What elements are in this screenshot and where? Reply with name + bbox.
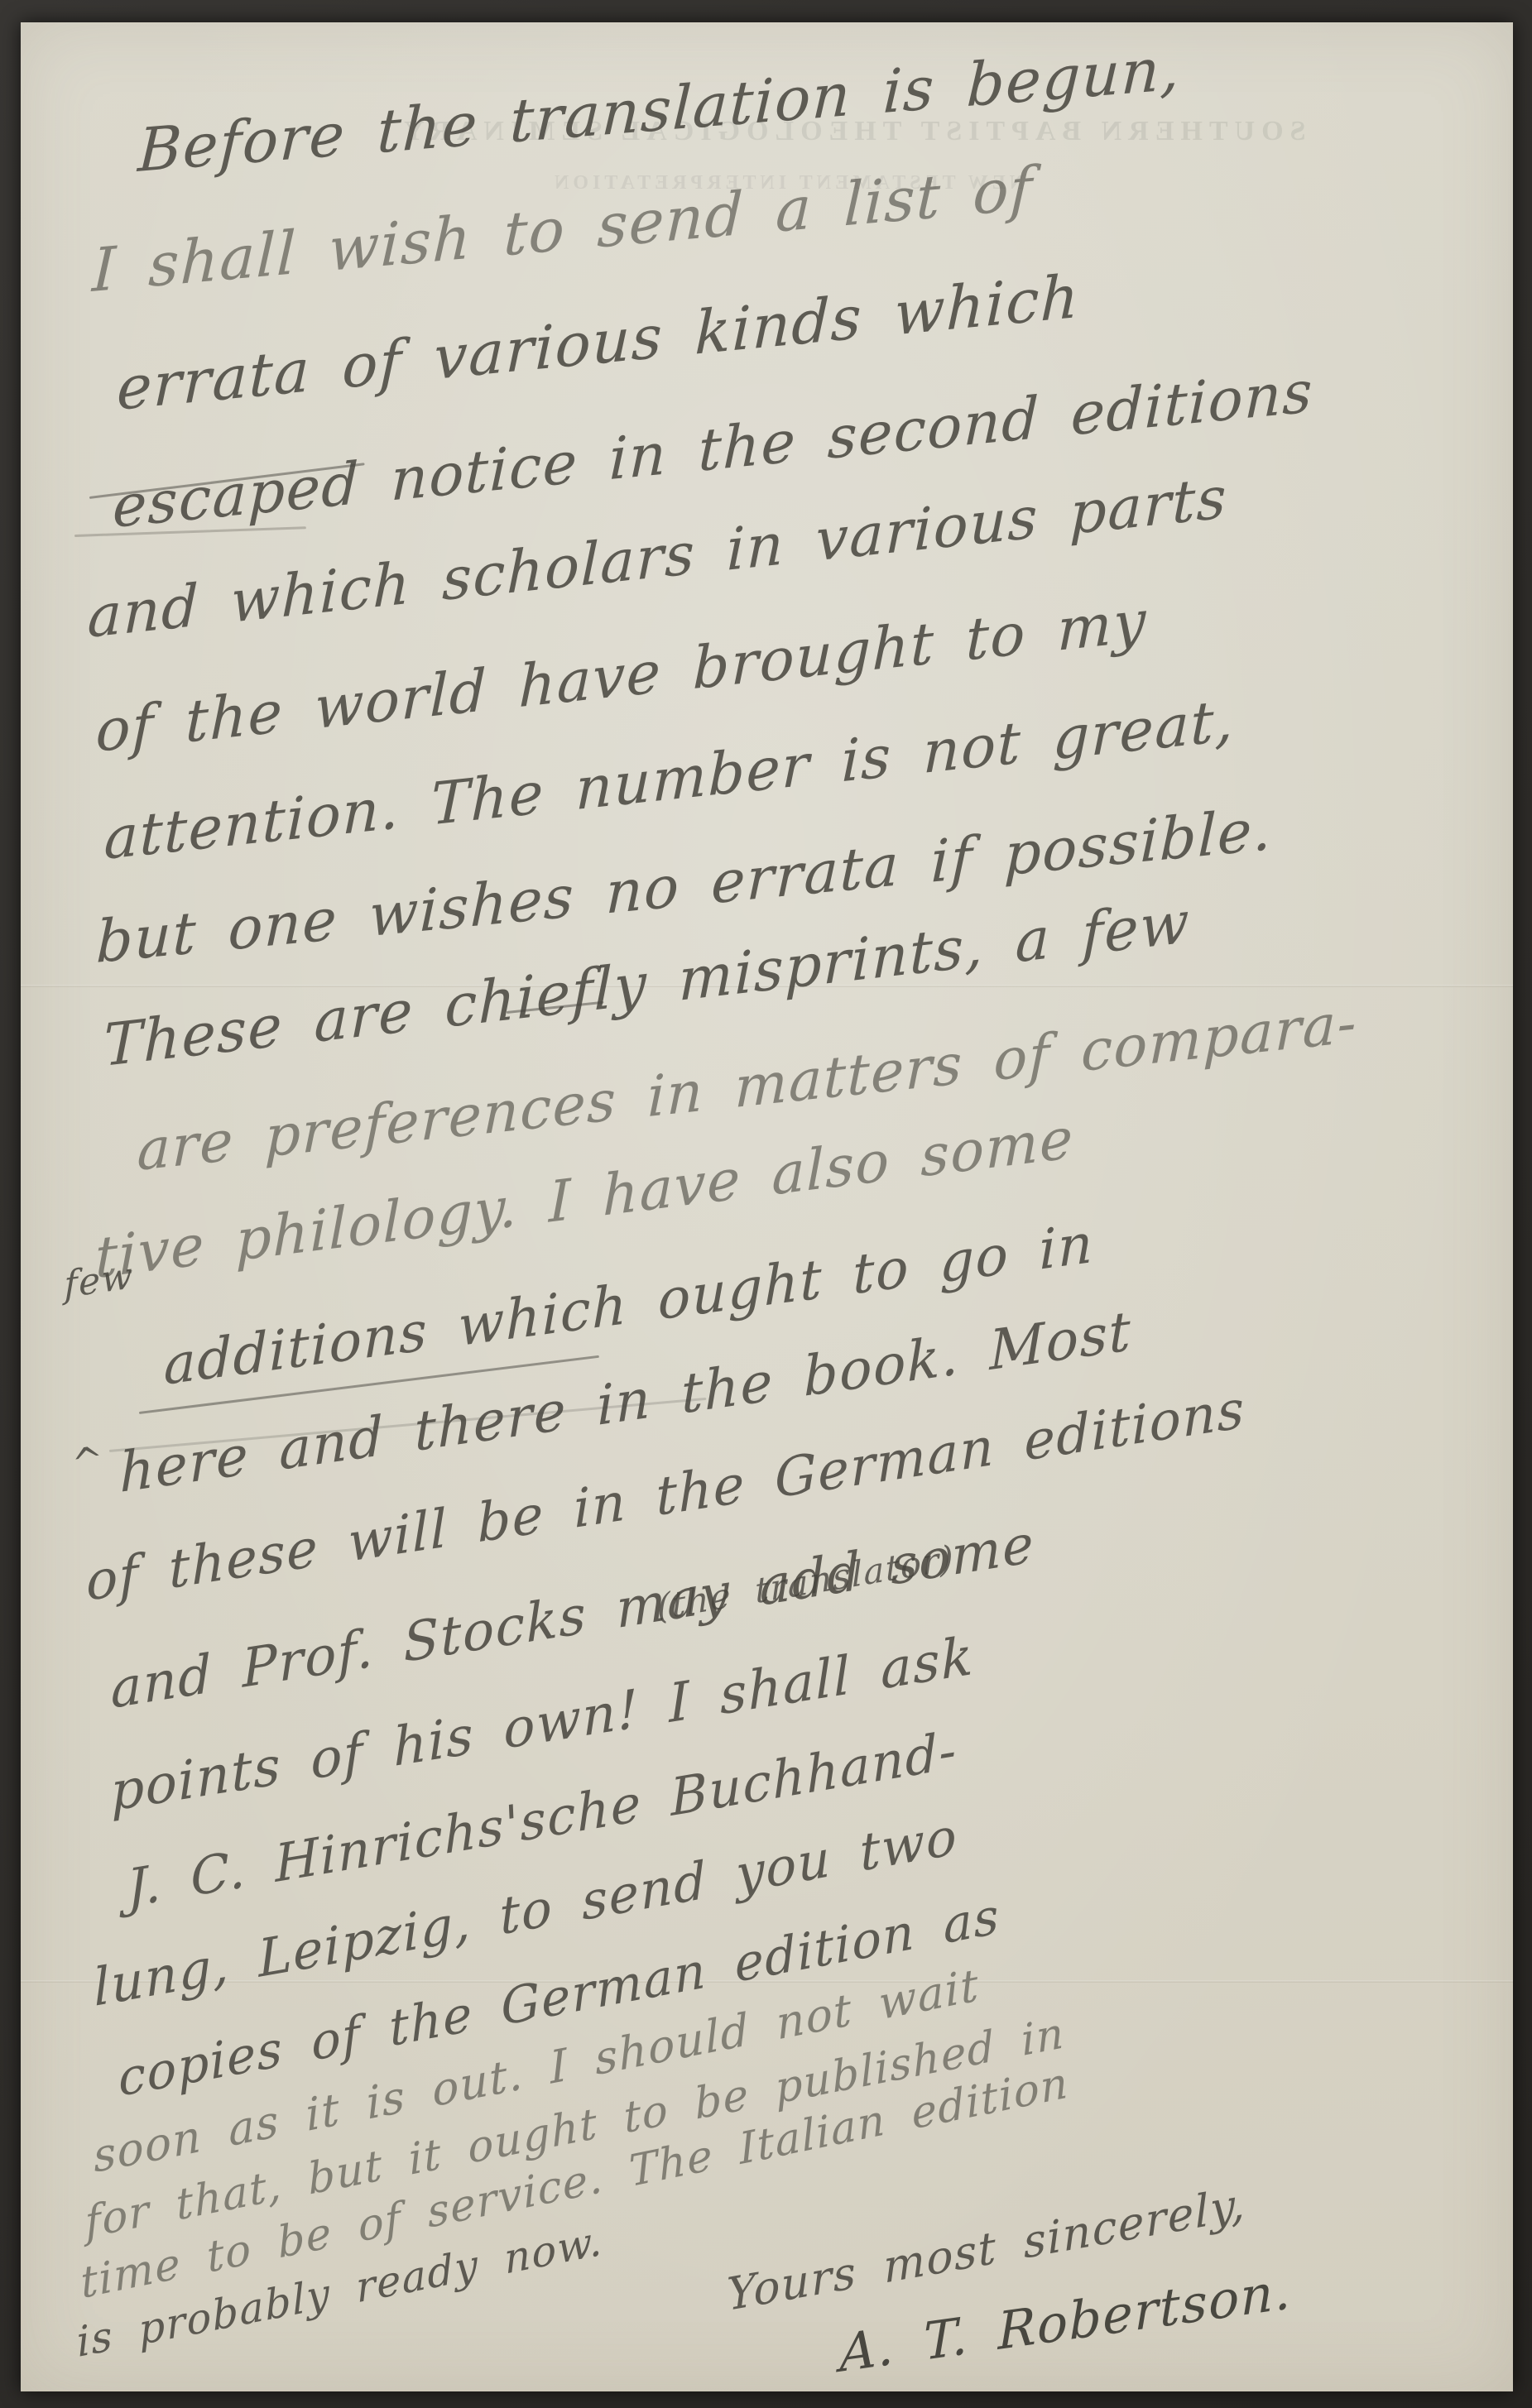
letter-scan: SOUTHERN BAPTIST THEOLOGICAL SEMINARY NE… — [0, 0, 1532, 2408]
